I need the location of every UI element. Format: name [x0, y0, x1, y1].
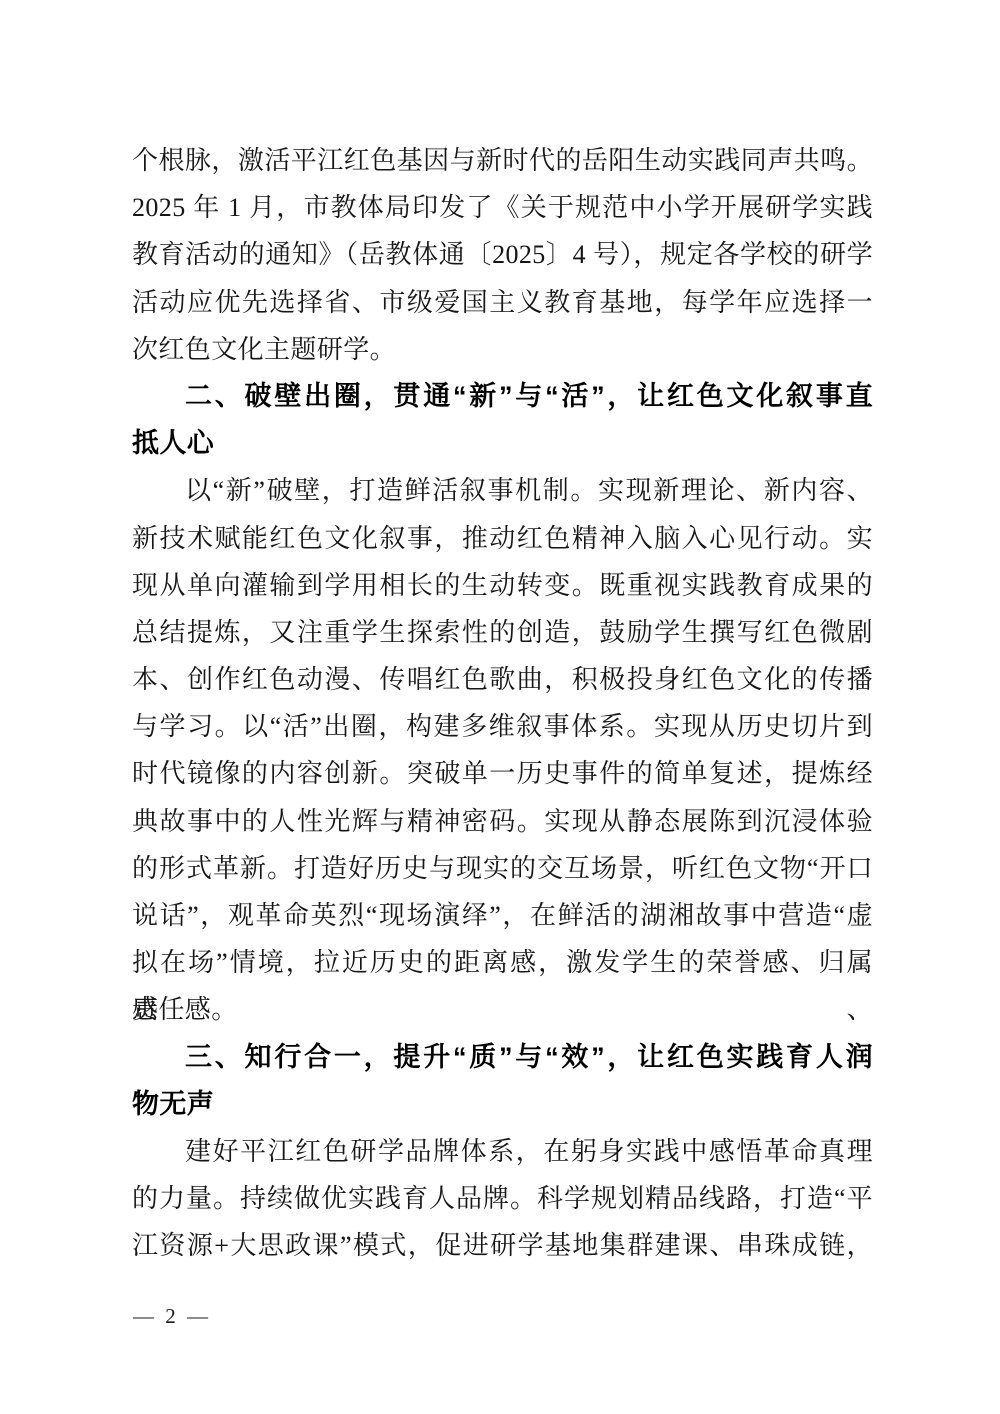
text-line: 2025 年 1 月，市教体局印发了《关于规范中小学开展研学实践: [132, 184, 873, 231]
paragraph-research-policy-continuation: 个根脉，激活平江红色基因与新时代的岳阳生动实践同声共鸣。2025 年 1 月，市…: [132, 137, 873, 373]
text-line: 活动应优先选择省、市级爱国主义教育基地，每学年应选择一: [132, 279, 873, 326]
text-line: 本、创作红色动漫、传唱红色歌曲，积极投身红色文化的传播: [132, 656, 873, 703]
text-line: 拟在场”情境，拉近历史的距离感，激发学生的荣誉感、归属感、: [132, 939, 873, 986]
section-heading-3: 三、知行合一，提升“质”与“效”，让红色实践育人润物无声: [132, 1034, 873, 1128]
text-line: 次红色文化主题研学。: [132, 326, 873, 373]
text-line: 物无声: [132, 1081, 873, 1128]
text-line: 三、知行合一，提升“质”与“效”，让红色实践育人润: [132, 1034, 873, 1081]
text-line: 现从单向灌输到学用相长的生动转变。既重视实践教育成果的: [132, 562, 873, 609]
text-line: 教育活动的通知》（岳教体通〔2025〕4 号），规定各学校的研学: [132, 231, 873, 278]
text-line: 江资源+大思政课”模式，促进研学基地集群建课、串珠成链，: [132, 1222, 873, 1269]
text-line: 的形式革新。打造好历史与现实的交互场景，听红色文物“开口: [132, 845, 873, 892]
text-line: 说话”，观革命英烈“现场演绎”，在鲜活的湖湘故事中营造“虚: [132, 892, 873, 939]
text-line: 总结提炼，又注重学生探索性的创造，鼓励学生撰写红色微剧: [132, 609, 873, 656]
paragraph-practice-brand: 建好平江红色研学品牌体系，在躬身实践中感悟革命真理的力量。持续做优实践育人品牌。…: [132, 1128, 873, 1270]
text-line: 二、破壁出圈，贯通“新”与“活”，让红色文化叙事直: [132, 373, 873, 420]
document-page: 个根脉，激活平江红色基因与新时代的岳阳生动实践同声共鸣。2025 年 1 月，市…: [0, 0, 1000, 1414]
text-line: 以“新”破壁，打造鲜活叙事机制。实现新理论、新内容、: [132, 467, 873, 514]
document-body: 个根脉，激活平江红色基因与新时代的岳阳生动实践同声共鸣。2025 年 1 月，市…: [132, 137, 873, 1270]
text-line: 与学习。以“活”出圈，构建多维叙事体系。实现从历史切片到: [132, 703, 873, 750]
page-number: — 2 —: [133, 1300, 211, 1332]
paragraph-narrative-mechanism: 以“新”破壁，打造鲜活叙事机制。实现新理论、新内容、新技术赋能红色文化叙事，推动…: [132, 467, 873, 1033]
text-line: 的力量。持续做优实践育人品牌。科学规划精品线路，打造“平: [132, 1175, 873, 1222]
section-heading-2: 二、破壁出圈，贯通“新”与“活”，让红色文化叙事直抵人心: [132, 373, 873, 467]
text-line: 抵人心: [132, 420, 873, 467]
text-line: 典故事中的人性光辉与精神密码。实现从静态展陈到沉浸体验: [132, 798, 873, 845]
text-line: 个根脉，激活平江红色基因与新时代的岳阳生动实践同声共鸣。: [132, 137, 873, 184]
text-line: 建好平江红色研学品牌体系，在躬身实践中感悟革命真理: [132, 1128, 873, 1175]
text-line: 时代镜像的内容创新。突破单一历史事件的简单复述，提炼经: [132, 750, 873, 797]
text-line: 新技术赋能红色文化叙事，推动红色精神入脑入心见行动。实: [132, 515, 873, 562]
